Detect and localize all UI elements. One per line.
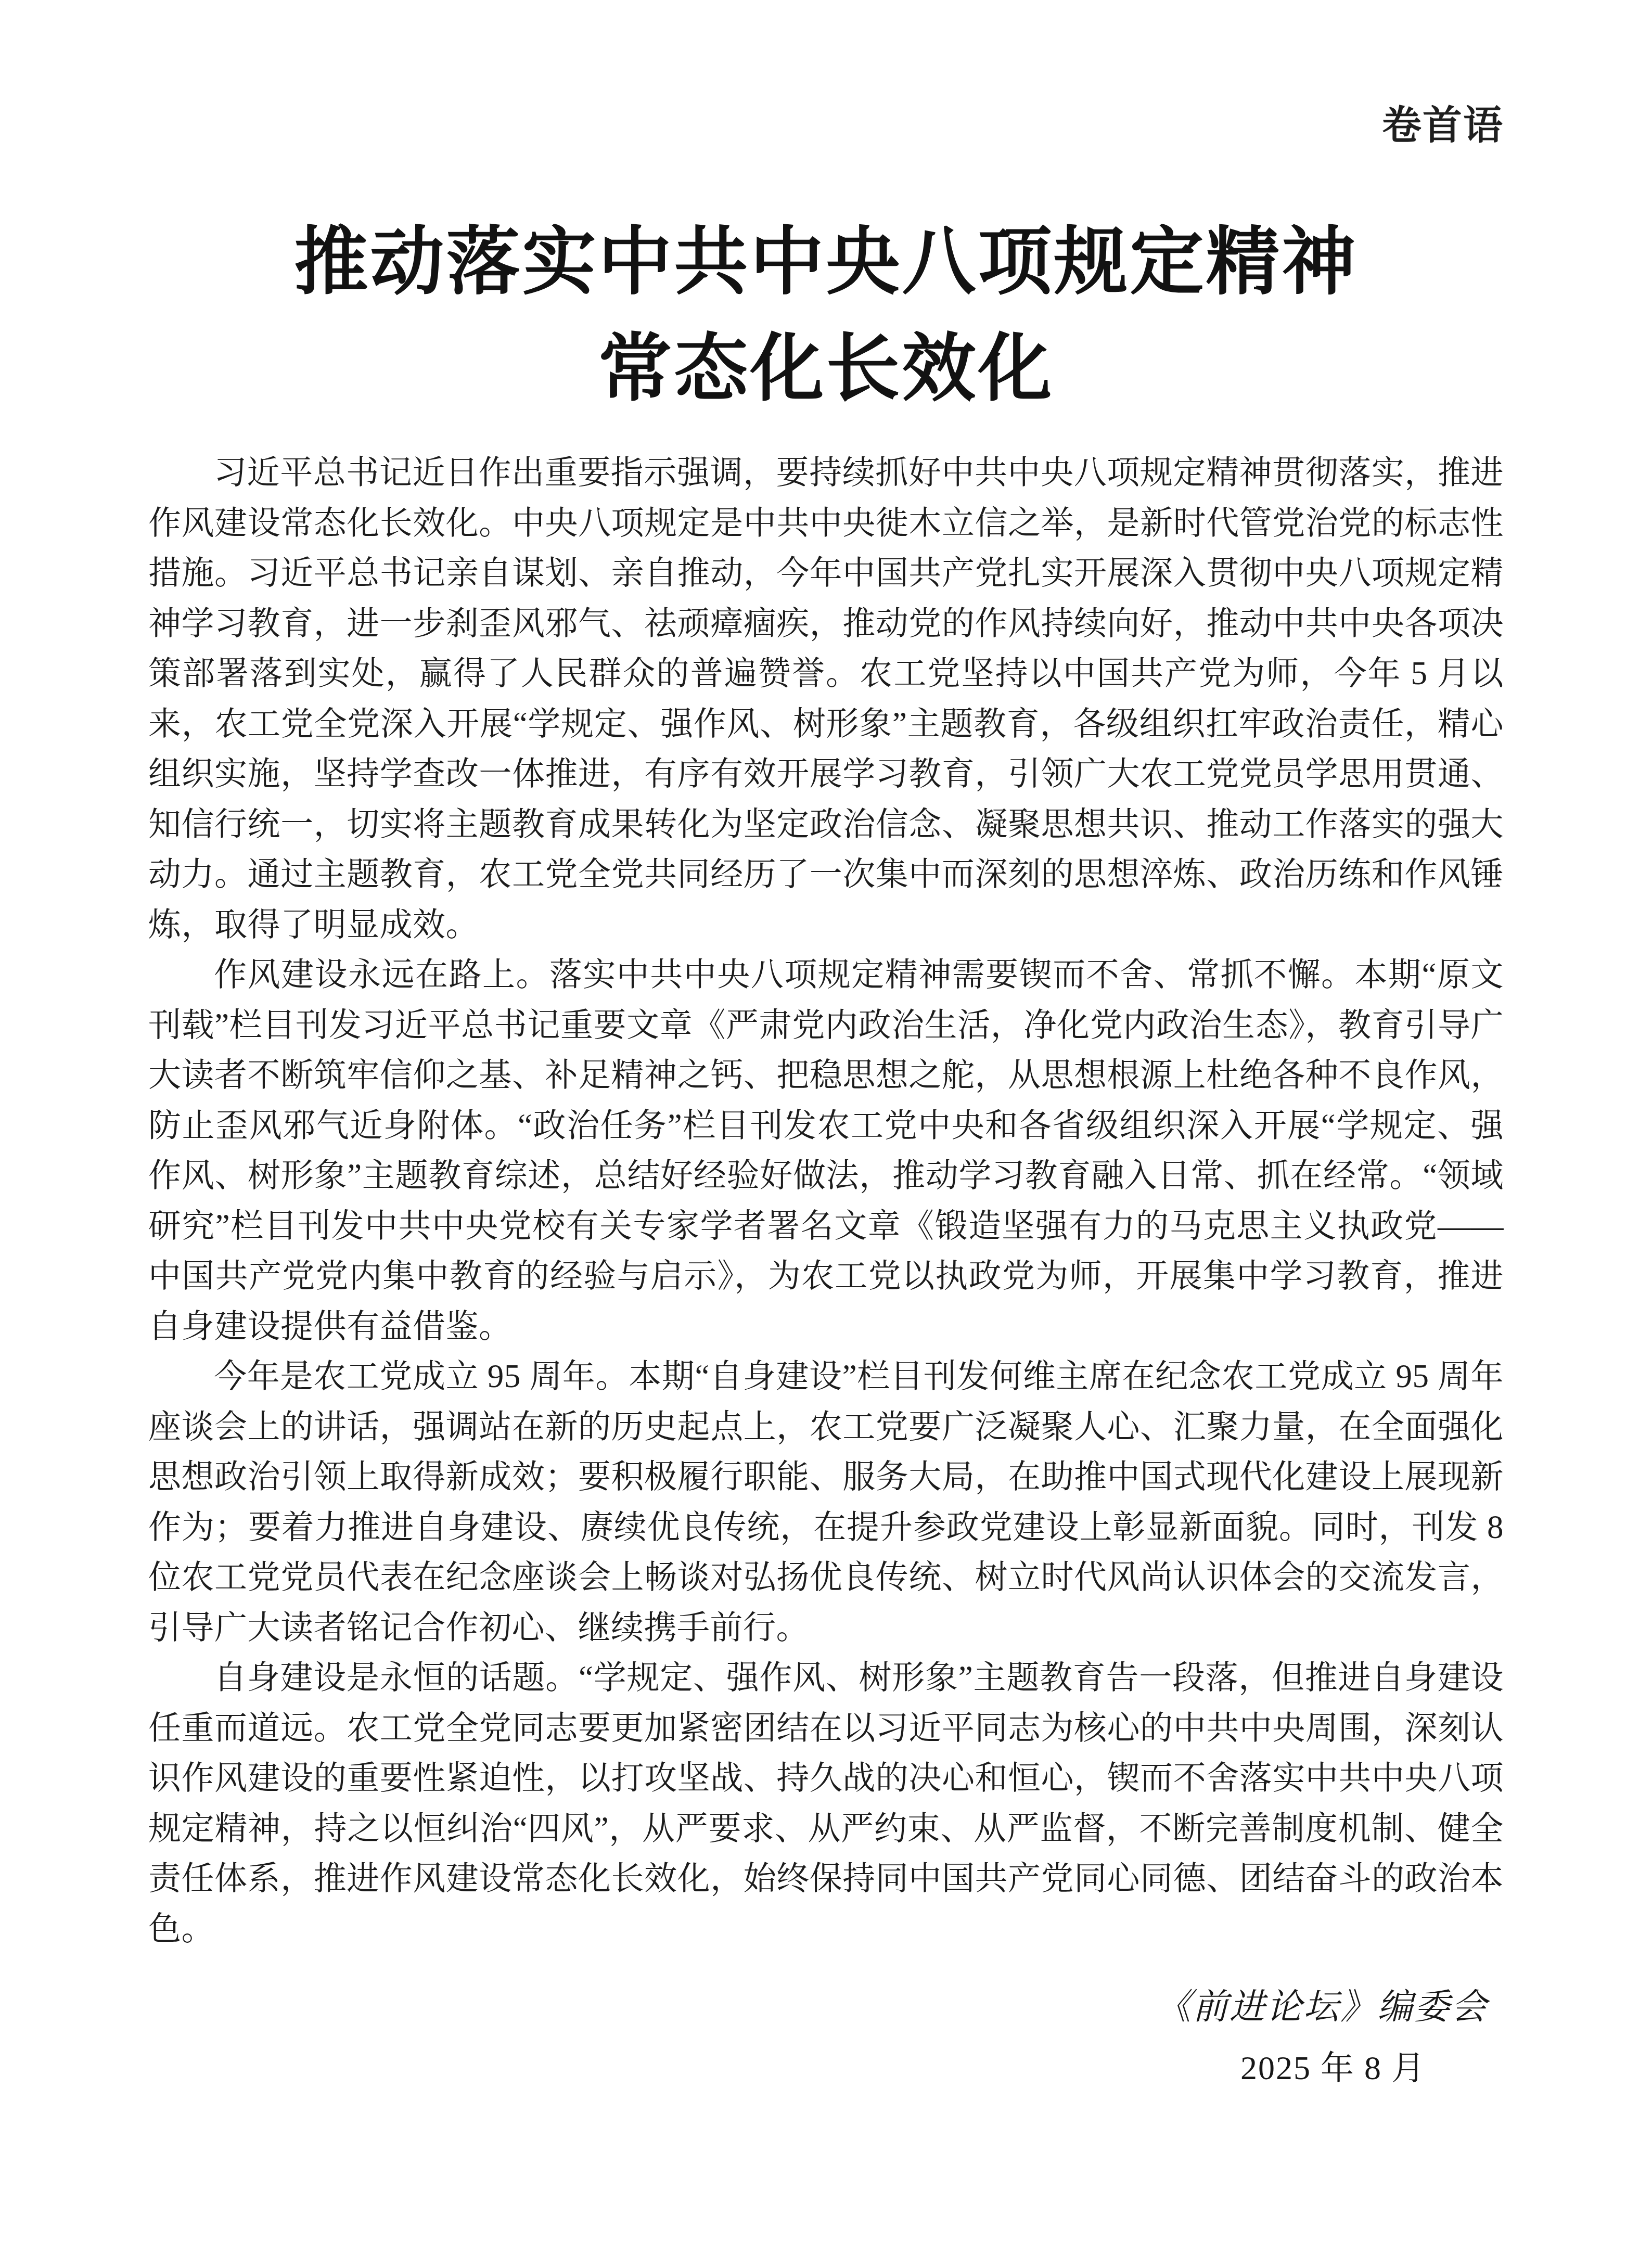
corner-label: 卷首语 [148,0,1504,148]
date-line: 2025 年 8 月 [148,2042,1504,2094]
paragraph-3: 今年是农工党成立 95 周年。本期“自身建设”栏目刊发何维主席在纪念农工党成立 … [148,1351,1504,1652]
paragraph-2: 作风建设永远在路上。落实中共中央八项规定精神需要锲而不舍、常抓不懈。本期“原文刊… [148,950,1504,1351]
paragraph-1: 习近平总书记近日作出重要指示强调，要持续抓好中共中央八项规定精神贯彻落实，推进作… [148,447,1504,950]
article-body: 习近平总书记近日作出重要指示强调，要持续抓好中共中央八项规定精神贯彻落实，推进作… [148,447,1504,1954]
foreword-page: 卷首语 推动落实中共中央八项规定精神 常态化长效化 习近平总书记近日作出重要指示… [0,0,1652,2242]
paragraph-4: 自身建设是永恒的话题。“学规定、强作风、树形象”主题教育告一段落，但推进自身建设… [148,1652,1504,1954]
title-line-2: 常态化长效化 [598,328,1054,410]
signature: 《前进论坛》编委会 [148,1981,1504,2033]
title-line-1: 推动落实中共中央八项规定精神 [294,221,1358,303]
article-title: 推动落实中共中央八项规定精神 常态化长效化 [148,209,1504,422]
